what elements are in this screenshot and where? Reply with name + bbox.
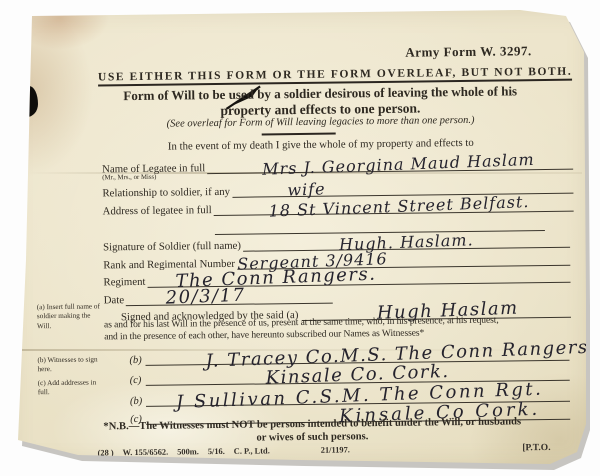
- print-ref: 21/1197.: [321, 445, 350, 454]
- divider-rule: [262, 133, 336, 136]
- witness-marker: (b): [129, 355, 145, 366]
- regiment-label: Regiment: [103, 276, 147, 289]
- witness-marker: (c): [130, 375, 146, 386]
- margin-note-b: (b) Witnesses to sign here.: [37, 355, 101, 374]
- paper: Army Form W. 3297. USE EITHER THIS FORM …: [0, 0, 600, 476]
- field-underline: The Conn Rangers.: [147, 266, 570, 288]
- margin-note-c: (c) Add addresses in full.: [38, 378, 102, 397]
- field-row-legatee-name: Name of Legatee in full (Mr., Mrs., or M…: [102, 152, 573, 176]
- form-number: Army Form W. 3297.: [405, 43, 532, 61]
- print-code-part: 5/16.: [208, 447, 225, 456]
- margin-note-a: (a) Insert full name of soldier making t…: [37, 302, 101, 331]
- print-code-part: 500m.: [177, 447, 199, 456]
- field-label: Name of Legatee in full (Mr., Mrs., or M…: [102, 162, 207, 175]
- nb-warning-note: *N.B.—The Witnesses must NOT be persons …: [62, 415, 562, 448]
- legatee-name-handwritten-value: Mrs J. Georgina Maud Haslam: [262, 152, 535, 178]
- field-underline: Mrs J. Georgina Maud Haslam: [207, 155, 573, 174]
- print-code-part: C. P., Ltd.: [234, 446, 270, 455]
- address-label: Address of legatee in full: [103, 204, 214, 217]
- pto-label: [P.T.O.: [522, 443, 550, 453]
- print-code-part: W. 155/6562.: [123, 448, 169, 458]
- form-content: Army Form W. 3297. USE EITHER THIS FORM …: [0, 0, 600, 476]
